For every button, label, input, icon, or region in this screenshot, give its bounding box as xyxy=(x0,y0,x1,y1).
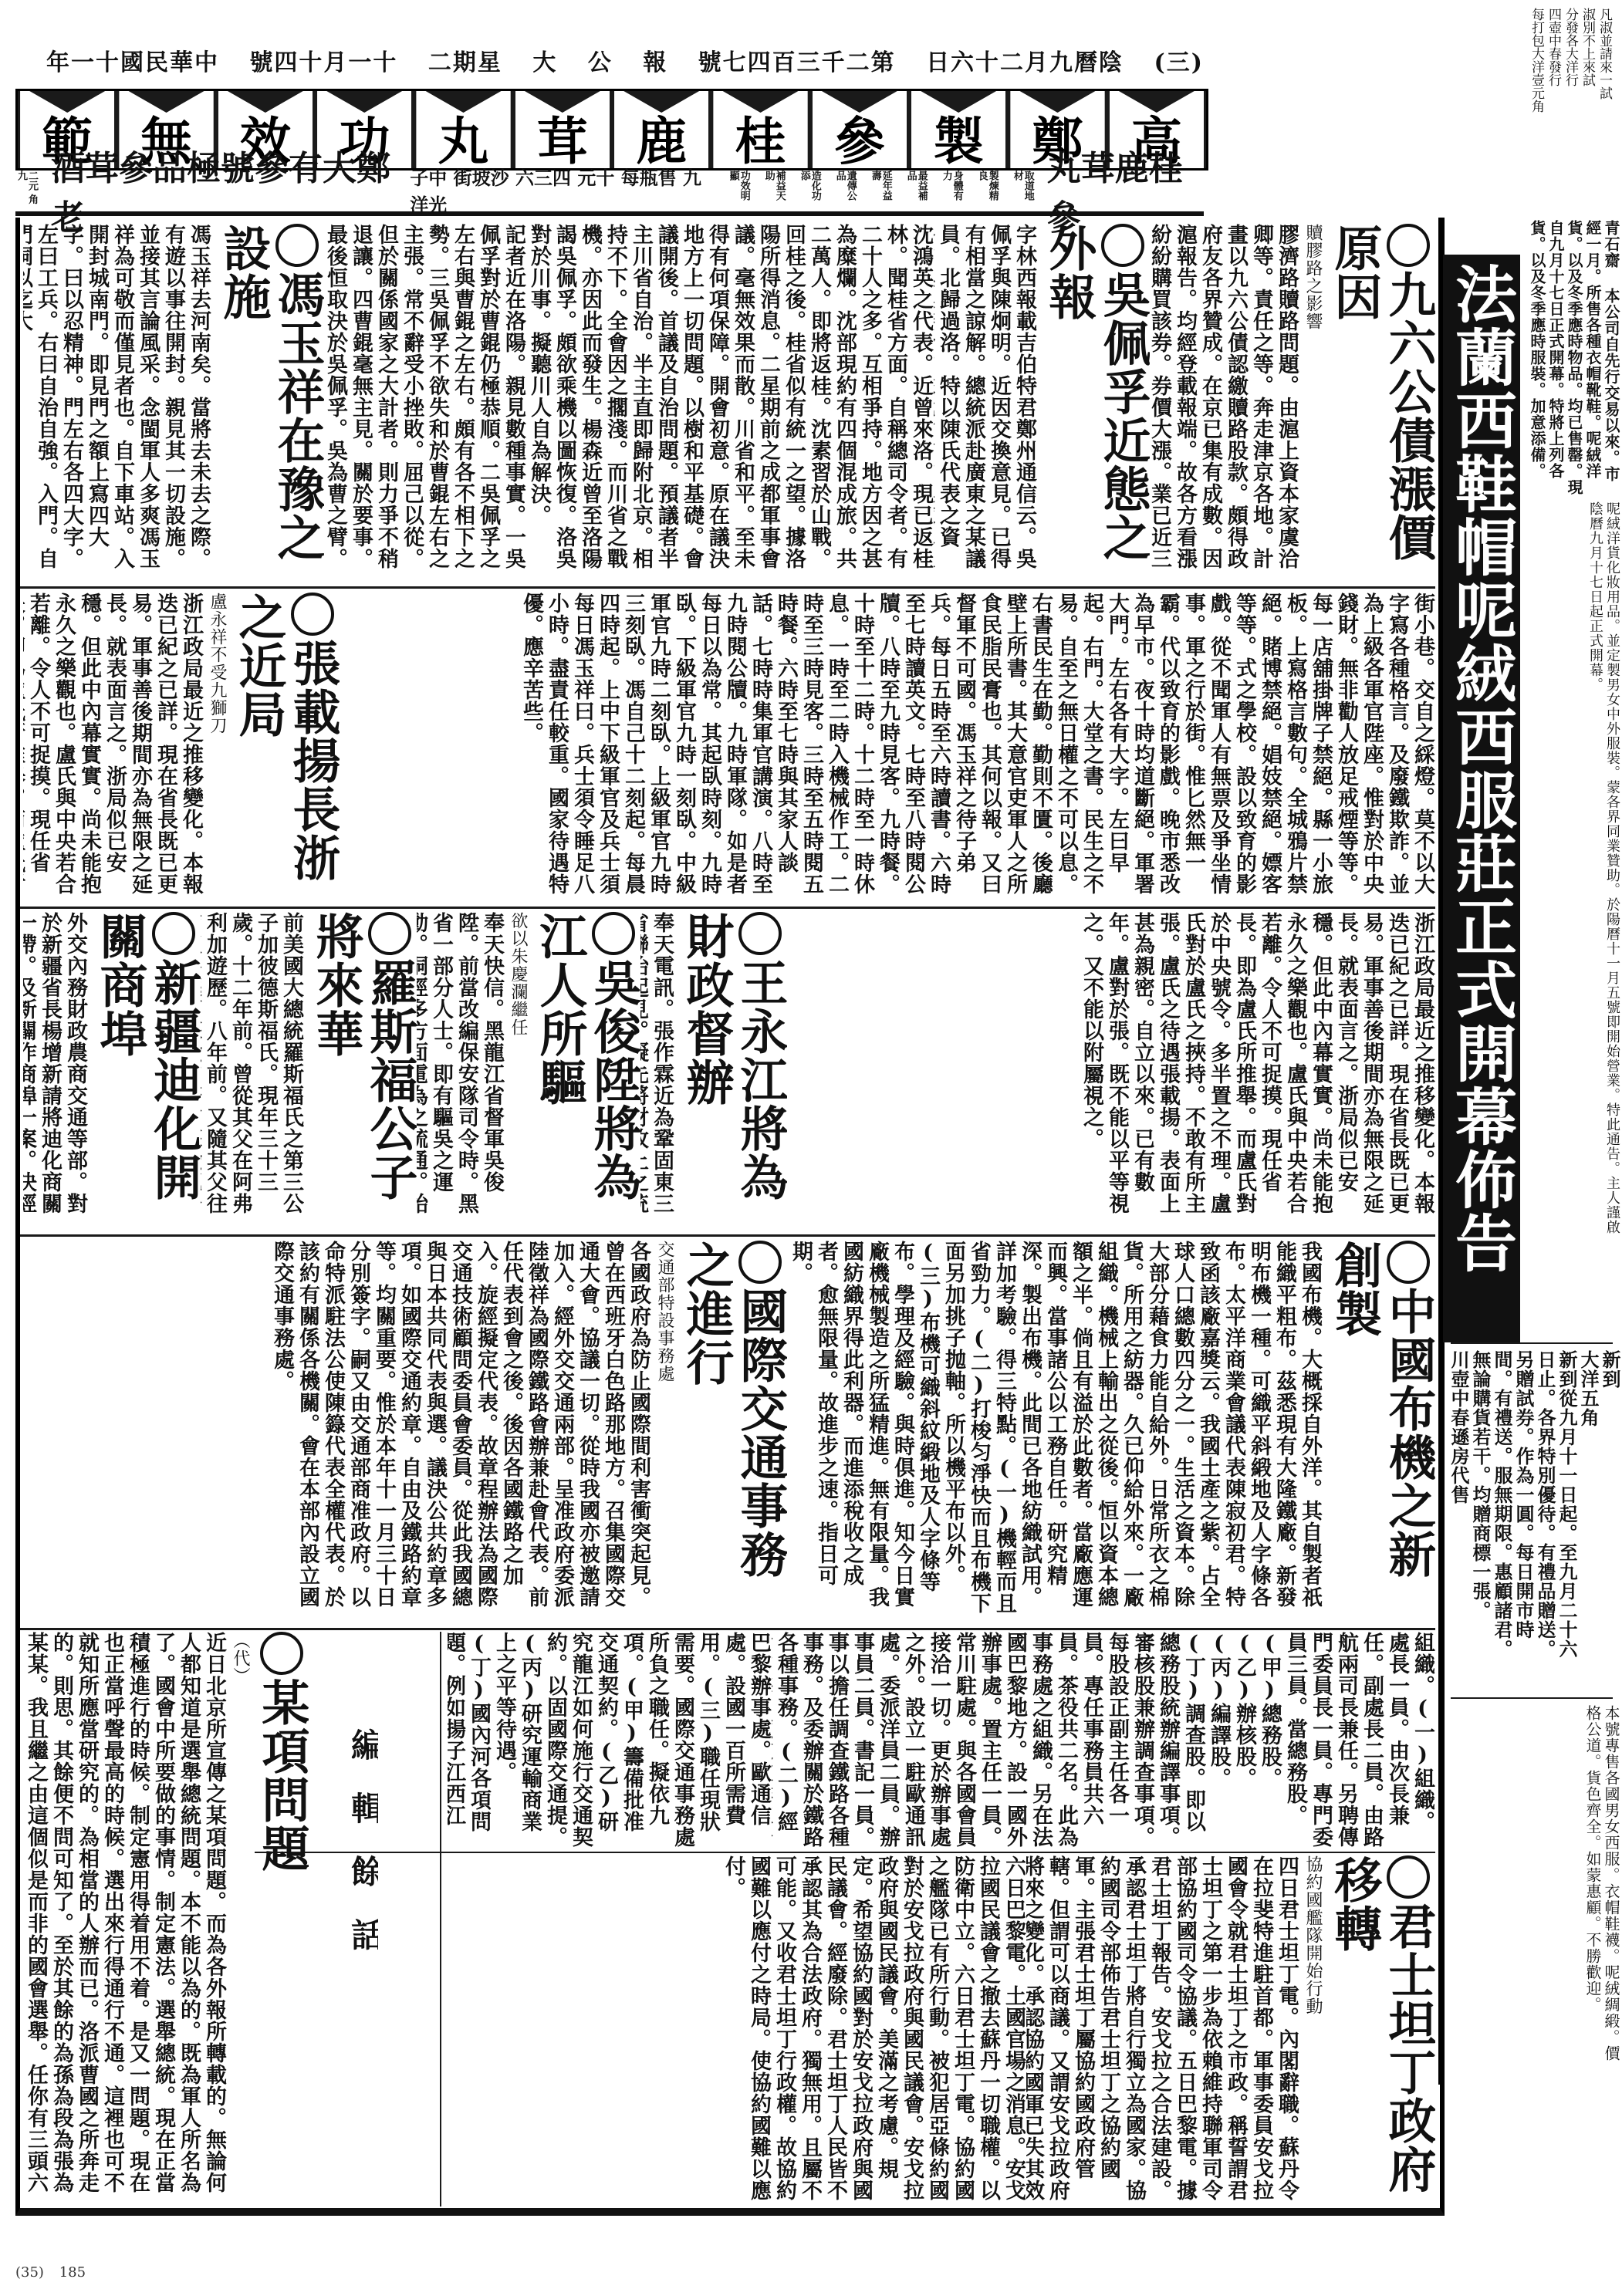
article-body: 字林西報載吉伯特君鄭州通信云。吳佩孚與陳炯明。近因交換意見。已得有相當之諒解。總… xyxy=(934,224,1037,582)
article-body: 巴黎辦事處。歐通信處。設國一百所需費用。(三)職任現狀需要。國際交通事務處所負之… xyxy=(448,1632,772,1848)
circle-bullet-icon xyxy=(1101,224,1144,267)
tier-rule xyxy=(20,907,1435,909)
article-body: 組織。(一)組織。處長一員。由次長兼任。副處長二員。由路航兩司長兼任。另聘傳門委… xyxy=(772,1632,1435,1848)
banner-char: 參 xyxy=(813,91,907,168)
article-subhead: 盧永祥不受九獅刀 xyxy=(207,593,227,903)
editorial-column-title: 編輯餘話 xyxy=(309,1728,378,2160)
circle-bullet-icon xyxy=(152,912,195,955)
article-xinjiang: 新疆迪化開關商埠 外交內務財政農商交通等部。對於新疆省長楊增新請將迪化商關一帶。… xyxy=(23,912,201,1230)
ad-divider xyxy=(1451,1342,1613,1344)
article-subhead: 欲以朱慶瀾繼任 xyxy=(508,912,528,1230)
lunar-date: 日六十二月九曆陰 xyxy=(926,43,1124,77)
article-roosevelt: 羅斯福公子將來華 前美國大總統羅斯福氏之第三公子加彼德斯福氏。現年三十三歲。十二… xyxy=(201,912,417,1230)
feature: 遺傳公品 xyxy=(834,171,856,209)
corner-line: 四壺中春發行 xyxy=(1546,8,1560,201)
corner-line: 淑別不上來試 xyxy=(1580,8,1594,201)
article-body: 近日北京所宣傳之某項問題。而為各外報所轉載的。無論何人都知道是選舉總統問題。本不… xyxy=(23,1632,227,2203)
issue-number: 號七四百三千二第 xyxy=(698,43,896,77)
circle-bullet-icon xyxy=(275,224,319,267)
article-body: 各國政府為防止國際間利害衝突起見。曾在西班牙白色路那地方。召集國際交通大會。協議… xyxy=(269,1241,651,1624)
store-opening-ad-title: 法蘭西鞋帽呢絨西服莊正式開幕佈告 xyxy=(1443,255,1520,1342)
new-arrival-ad: 新到 大洋五角 新到從九月十一日起。至九月二十六日止。各界特別優待。有禮品贈送。… xyxy=(1451,1350,1620,1674)
article-editorial: 某項問題 （代） 近日北京所宣傳之某項問題。而為各外報所轉載的。無論何人都知道是… xyxy=(23,1632,309,2203)
paper-name-da: 大 xyxy=(532,43,557,77)
new-arrival-label: 新到 xyxy=(1599,1350,1620,1674)
article-body: 我國布機。大概採自外洋。其自製者祇能織平粗布。茲悉現有大隆鐵廠。新發明布機一種。… xyxy=(788,1241,1323,1624)
article-body: 奉天快信。黑龍江省督軍吳俊陞。前當改編保安隊司令時。黑省一部分人士。即有驅吳之運… xyxy=(417,912,505,1230)
feature: 取道地材 xyxy=(1012,171,1033,209)
article-feng-yuxiang: 馮玉祥在豫之設施 馮玉祥去河南矣。當將去未去之際。有遊以事往開封。親見其一切設施… xyxy=(23,224,324,582)
date-month-day: 號四十月一十 xyxy=(249,43,397,77)
banner-char: 鹿 xyxy=(614,91,708,168)
circle-bullet-icon xyxy=(368,912,411,955)
article-bond-price: 九六公債漲價原因 贖膠路之影響 膠濟路贖路問題。由滬上資本家虞洽卿等。責任之等。… xyxy=(1150,224,1435,582)
banner-char: 丸 xyxy=(416,91,510,168)
address: 子中 街坡沙 六三四 元十 每瓶售 九洋光 xyxy=(410,163,713,217)
article-wang-yongjiang: 王永江將為財政督辦 奉天電訊。張作霖近為鞏固東三省聯治起見。擬先將財政上之統一。… xyxy=(640,912,787,1230)
article-headline: 王永江將為財政督辦 xyxy=(679,912,787,1230)
article-body: 外交內務財政農商交通等部。對於新疆省長楊增新請將迪化商關一帶。及新闢作商埠一案。… xyxy=(23,912,88,1230)
store-ad-text: 呢絨洋貨化妝用品。並定製男女中外服裝。蒙各界同業贊助。於陽曆十一月五號即開始營業… xyxy=(1524,501,1620,1335)
page-label: (35) xyxy=(15,2264,44,2281)
article-body: 四日君士坦丁電。內閣辭職。蘇丹令在拉斐特進駐首都。軍事委員安戈拉國會令就君士坦丁… xyxy=(1026,1855,1299,2203)
corner-notice: 凡淑並請來一試 淑別不上來試 分發各大洋行 四壺中春發行 每打包大洋壹元角 xyxy=(1529,8,1611,201)
article-turkey-continued: 六日巴黎電。土國官場之消息。安戈拉國民議會之撤去蘇丹一切職權。以防衛中立。六日君… xyxy=(448,1855,1026,2203)
year: 年一十國民華中 xyxy=(46,43,219,77)
article-body: 浙江政局最近之推移變化。本報迭已紀之已詳。現在省長既已更易。軍事善後期間亦為無限… xyxy=(23,593,204,903)
article-headline: 張載揚長浙之近局 xyxy=(231,593,340,903)
masthead: (三) 日六十二月九曆陰 號七四百三千二第 報 公 大 二期星 號四十月一十 年… xyxy=(46,45,1204,76)
article-headline: 吳佩孚近態之外報 xyxy=(1042,224,1150,582)
paper-name-gong: 公 xyxy=(588,43,613,77)
circle-bullet-icon xyxy=(1387,224,1430,267)
price-tag: 二元 角九 xyxy=(15,171,37,209)
banner-subline: 丸茸鹿桂參 取道地材 製煉精良 身體有力 最益補品 延年益壽 遺傳公品 造化功添… xyxy=(15,168,1204,216)
article-headline: 君士坦丁政府移轉 xyxy=(1327,1855,1435,2203)
weekday: 二期星 xyxy=(428,43,502,77)
article-body: 沈鴻英之代表。近曾來洛。現已返桂林。聞桂省方面。自稱總司令者。有二十人之多。互相… xyxy=(526,224,934,582)
article-zhang-zaiyang: 張載揚長浙之近局 盧永祥不受九獅刀 浙江政局最近之推移變化。本報迭已紀之已詳。現… xyxy=(23,593,340,903)
tier-rule xyxy=(20,1628,1435,1630)
article-wu-junsheng: 吳俊陞將為江人所驅 欲以朱慶瀾繼任 奉天快信。黑龍江省督軍吳俊陞。前當改編保安隊… xyxy=(417,912,640,1230)
banner-char: 桂 xyxy=(713,91,807,168)
article-body: 奉天電訊。張作霖近為鞏固東三省聯治起見。擬先將財政上之統一。迪日與吉督孫烈臣黑督… xyxy=(640,912,674,1230)
corner-line: 分發各大洋行 xyxy=(1563,8,1577,201)
feature: 功效明顯 xyxy=(728,171,749,209)
tier-rule xyxy=(20,1234,1435,1237)
article-subhead: 贖膠路之影響 xyxy=(1303,224,1323,582)
article-turkey: 君士坦丁政府移轉 協約國艦隊開始行動 四日君士坦丁電。內閣辭職。蘇丹令在拉斐特進… xyxy=(1026,1855,1435,2203)
article-headline: 九六公債漲價原因 xyxy=(1327,224,1435,582)
banner-char: 茸 xyxy=(515,91,610,168)
paper-name-bao: 報 xyxy=(643,43,667,77)
article-headline: 國際交通事務之進行 xyxy=(679,1241,787,1624)
small-ad: 本號專售各國男女西服。衣帽鞋襪。呢絨綢緞。價格公道。貨色齊全。如蒙惠顧。不勝歡迎… xyxy=(1451,1705,1620,2075)
circle-bullet-icon xyxy=(260,1632,303,1675)
corner-line: 每打包大洋壹元角 xyxy=(1529,8,1543,201)
article-subhead: 協約國艦隊開始行動 xyxy=(1303,1855,1323,2203)
article-headline: 中國布機之新創製 xyxy=(1327,1241,1435,1624)
column-rule xyxy=(440,1632,441,2207)
article-loom: 中國布機之新創製 我國布機。大概採自外洋。其自製者祇能織平粗布。茲悉現有大隆鐵廠… xyxy=(787,1241,1435,1624)
new-arrival-text: 新到從九月十一日起。至九月二十六日止。各界特別優待。有禮品贈送。另贈試券。作為一… xyxy=(1469,1350,1577,1674)
circle-bullet-icon xyxy=(291,593,334,636)
article-body: 記者近在洛陽。親見數種事實。一吳佩孚對於曹錕仍極恭順。二吳佩孚之左右與曹錕之左右… xyxy=(324,224,526,582)
article-feng-schedule: 街小巷。交自之綵燈。莫不以大字寫各種格言。及廢鐵欺詐。並為上級各軍官陛座。惟對於… xyxy=(340,593,1435,903)
article-body: 前美國大總統羅斯福氏之第三公子加彼德斯福氏。現年三十三歲。十二年前。曾從其父在阿… xyxy=(201,912,304,1230)
article-headline: 馮玉祥在豫之設施 xyxy=(216,224,324,582)
article-body: 六日巴黎電。土國官場之消息。安戈拉國民議會之撤去蘇丹一切職權。以防衛中立。六日君… xyxy=(721,1855,1026,2203)
shop-line: 川壺中春遜房代售 xyxy=(1451,1350,1469,1674)
article-body: 浙江政局最近之推移變化。本報迭已紀之已詳。現在省長既已更易。軍事善後期間亦為無限… xyxy=(1079,912,1435,1230)
page-number: (三) xyxy=(1154,43,1204,77)
banner-char: 製 xyxy=(911,91,1005,168)
feature: 補益天助 xyxy=(763,171,785,209)
article-intl-transport: 國際交通事務之進行 交通部特設事務處 各國政府為防止國際間利害衝突起見。曾在西班… xyxy=(23,1241,787,1624)
circle-bullet-icon xyxy=(1387,1241,1430,1284)
circle-bullet-icon xyxy=(592,912,635,955)
article-sichuan-and-cao: 沈鴻英之代表。近曾來洛。現已返桂林。聞桂省方面。自稱總司令者。有二十人之多。互相… xyxy=(324,224,934,582)
article-body: 街小巷。交自之綵燈。莫不以大字寫各種格言。及廢鐵欺詐。並為上級各軍官陛座。惟對於… xyxy=(519,593,1435,903)
feature: 造化功添 xyxy=(799,171,820,209)
page-no: 185 xyxy=(59,2264,86,2281)
corner-line: 凡淑並請來一試 xyxy=(1597,8,1611,201)
article-headline: 吳俊陞將為江人所驅 xyxy=(532,912,640,1230)
tier-rule xyxy=(255,1852,1435,1853)
feature: 延年益壽 xyxy=(870,171,891,209)
store-notice: 青石齋 本公司自先行交易以來。市經一月。所售各種衣帽靴鞋。呢絨洋貨。以及冬季應時… xyxy=(1524,220,1620,498)
circle-bullet-icon xyxy=(738,912,782,955)
feature: 製煉精良 xyxy=(976,171,998,209)
circle-bullet-icon xyxy=(1387,1855,1430,1899)
article-headline: 羅斯福公子將來華 xyxy=(309,912,417,1230)
article-headline: 新疆迪化開關商埠 xyxy=(93,912,201,1230)
feature: 最益補品 xyxy=(905,171,927,209)
article-body: 膠濟路贖路問題。由滬上資本家虞洽卿等。責任之等。奔走津京各地。計畫以九六公債認繳… xyxy=(1150,224,1299,582)
ad-divider xyxy=(1451,1697,1613,1699)
article-subhead: 交通部特設事務處 xyxy=(654,1241,674,1624)
page-footer: (35) 185 xyxy=(15,2264,86,2281)
article-author: （代） xyxy=(230,1632,250,2203)
article-headline: 某項問題 xyxy=(255,1632,309,2203)
article-wu-peifu: 吳佩孚近態之外報 字林西報載吉伯特君鄭州通信云。吳佩孚與陳炯明。近因交換意見。已… xyxy=(934,224,1150,582)
article-intl-transport-organization: 組織。(一)組織。處長一員。由次長兼任。副處長二員。由路航兩司長兼任。另聘傳門委… xyxy=(772,1632,1435,1848)
article-provincial-assembly: 浙江政局最近之推移變化。本報迭已紀之已詳。現在省長既已更易。軍事善後期間亦為無限… xyxy=(787,912,1435,1230)
article-intl-transport-duties: 巴黎辦事處。歐通信處。設國一百所需費用。(三)職任現狀需要。國際交通事務處所負之… xyxy=(448,1632,772,1848)
tier-rule xyxy=(20,586,1435,589)
feature: 身體有力 xyxy=(941,171,962,209)
article-body: 馮玉祥去河南矣。當將去未去之際。有遊以事往開封。親見其一切設施。並接其言論風采。… xyxy=(23,224,211,582)
circle-bullet-icon xyxy=(738,1241,782,1284)
new-arrival-tag: 大洋五角 xyxy=(1577,1350,1599,1674)
